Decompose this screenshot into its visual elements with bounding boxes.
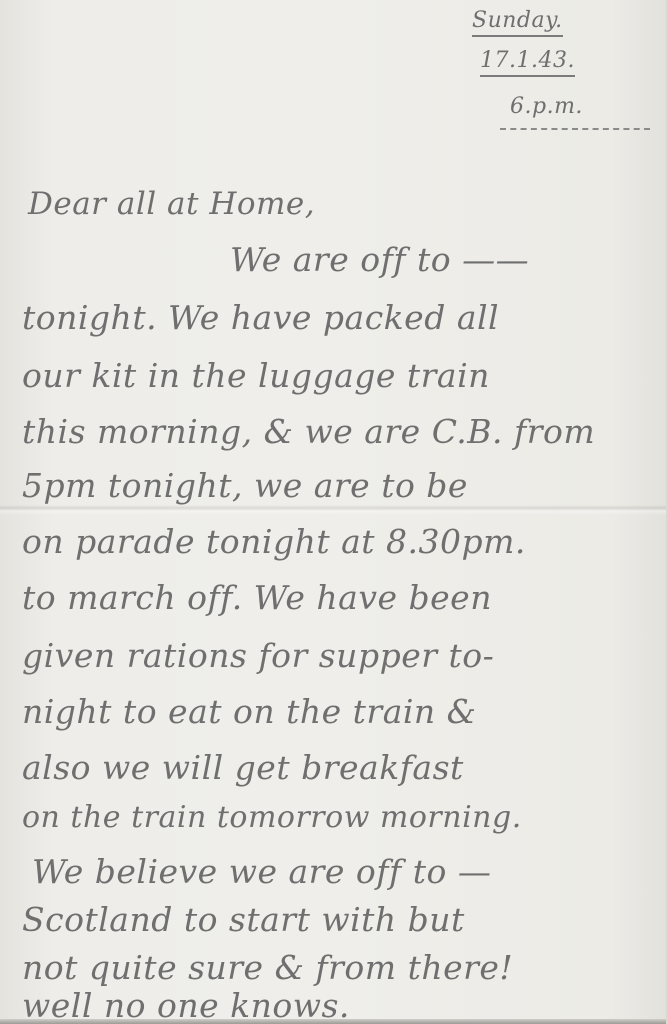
letter-line-4: this morning, & we are C.B. from	[22, 412, 595, 451]
letter-line-14: not quite sure & from there!	[22, 948, 513, 987]
letter-line-6: on parade tonight at 8.30pm.	[22, 522, 526, 561]
time-label: 6.p.m.	[510, 94, 583, 119]
letter-line-9: night to eat on the train &	[22, 692, 477, 731]
letter-page: Sunday. 17.1.43. 6.p.m. Dear all at Home…	[0, 0, 668, 1024]
letter-line-13: Scotland to start with but	[22, 900, 465, 939]
letter-line-8: given rations for supper to-	[22, 636, 494, 675]
date-label: 17.1.43.	[480, 48, 575, 73]
letter-line-5: 5pm tonight, we are to be	[22, 466, 468, 505]
letter-line-10: also we will get breakfast	[22, 748, 464, 787]
letter-line-2: tonight. We have packed all	[22, 298, 499, 337]
letter-line-12: We believe we are off to —	[32, 852, 491, 891]
letter-line-15: well no one knows.	[22, 986, 350, 1024]
letter-line-11: on the train tomorrow morning.	[22, 800, 522, 835]
letter-line-3: our kit in the luggage train	[22, 356, 490, 395]
letter-line-1: We are off to ——	[230, 240, 529, 279]
salutation: Dear all at Home,	[28, 186, 315, 222]
date-text: 17.1.43.	[480, 48, 575, 77]
header-divider	[500, 128, 650, 130]
day-label: Sunday.	[472, 8, 563, 33]
letter-line-7: to march off. We have been	[22, 578, 492, 617]
day-text: Sunday.	[472, 8, 563, 37]
